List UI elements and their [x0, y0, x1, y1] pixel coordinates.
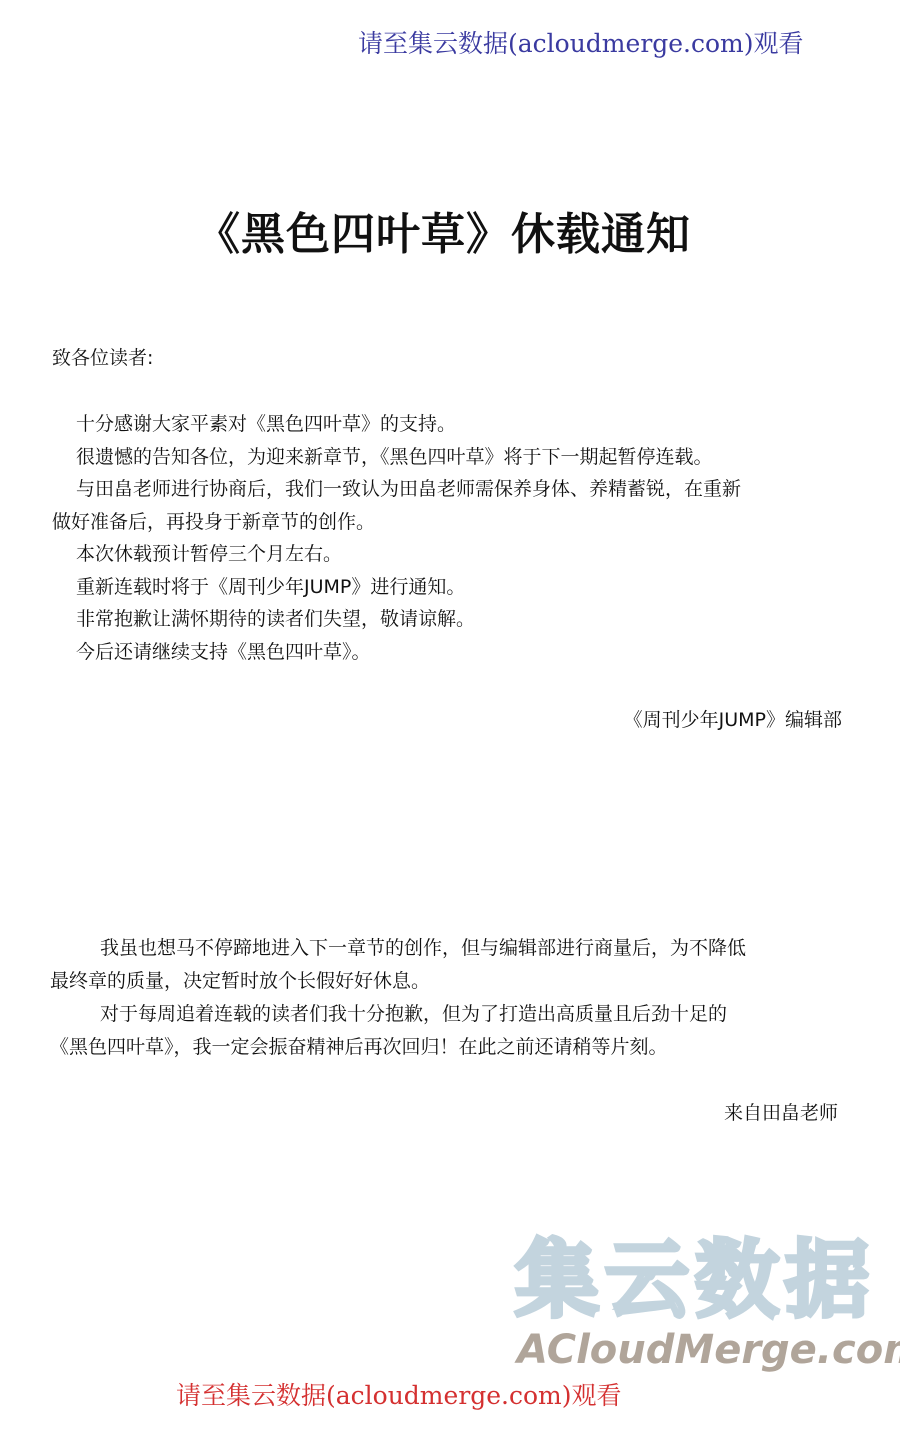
author-paragraph: 对于每周追着连载的读者们我十分抱歉，但为了打造出高质量且后劲十足的	[50, 998, 850, 1031]
notice-paragraph: 重新连载时将于《周刊少年JUMP》进行通知。	[52, 571, 852, 604]
notice-paragraph: 与田畠老师进行协商后，我们一致认为田畠老师需保养身体、养精蓄锐，在重新	[52, 473, 852, 506]
editor-signature: 《周刊少年JUMP》编辑部	[624, 705, 842, 732]
author-paragraph: 我虽也想马不停蹄地进入下一章节的创作，但与编辑部进行商量后，为不降低	[50, 932, 850, 965]
notice-paragraph: 今后还请继续支持《黑色四叶草》。	[52, 636, 852, 669]
logo-cn-text: 集云数据	[515, 1238, 875, 1322]
notice-paragraph-continuation: 做好准备后，再投身于新章节的创作。	[52, 506, 852, 539]
author-message: 我虽也想马不停蹄地进入下一章节的创作，但与编辑部进行商量后，为不降低 最终章的质…	[50, 932, 850, 1064]
notice-paragraph: 很遗憾的告知各位，为迎来新章节，《黑色四叶草》将于下一期起暂停连载。	[52, 441, 852, 474]
notice-paragraph: 非常抱歉让满怀期待的读者们失望，敬请谅解。	[52, 603, 852, 636]
author-paragraph-continuation: 《黑色四叶草》，我一定会振奋精神后再次回归！在此之前还请稍等片刻。	[50, 1031, 850, 1064]
page-title: 《黑色四叶草》休载通知	[196, 198, 691, 262]
watermark-bottom-link: 请至集云数据(acloudmerge.com)观看	[176, 1376, 622, 1412]
logo-en-text: ACloudMerge.com	[517, 1330, 900, 1370]
site-logo-watermark: 集云数据 ACloudMerge.com	[515, 1238, 895, 1378]
salutation: 致各位读者:	[52, 343, 153, 370]
notice-paragraph: 本次休载预计暂停三个月左右。	[52, 538, 852, 571]
notice-body: 十分感谢大家平素对《黑色四叶草》的支持。 很遗憾的告知各位，为迎来新章节，《黑色…	[52, 408, 852, 668]
notice-paragraph: 十分感谢大家平素对《黑色四叶草》的支持。	[52, 408, 852, 441]
author-signature: 来自田畠老师	[724, 1098, 838, 1125]
author-paragraph-continuation: 最终章的质量，决定暂时放个长假好好休息。	[50, 965, 850, 998]
watermark-top-link: 请至集云数据(acloudmerge.com)观看	[358, 24, 804, 60]
